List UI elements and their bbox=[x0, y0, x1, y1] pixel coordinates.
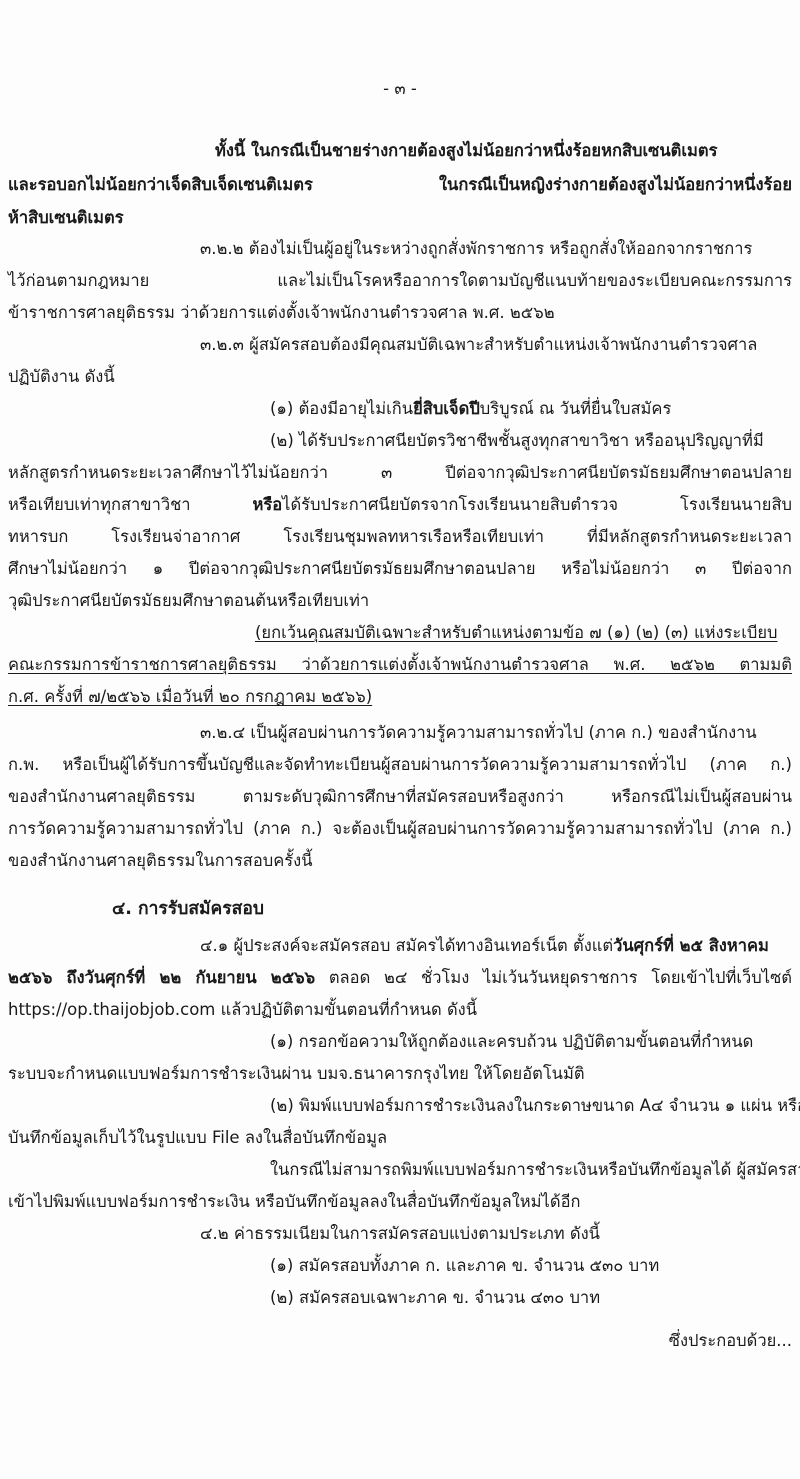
clause-3-2-2-line-2: ไว้ก่อนตามกฎหมาย และไม่เป็นโรคหรืออาการใ… bbox=[8, 270, 792, 292]
clause-4-1-note-line-1: ในกรณีไม่สามารถพิมพ์แบบฟอร์มการชำระเงินห… bbox=[270, 1159, 792, 1181]
fee-item-1: (๑) สมัครสอบทั้งภาค ก. และภาค ข. จำนวน ๕… bbox=[270, 1255, 792, 1277]
clause-3-2-3-line-2: ปฏิบัติงาน ดังนี้ bbox=[8, 366, 792, 388]
clause-3-2-4-line-2: ก.พ. หรือเป็นผู้ได้รับการขึ้นบัญชีและจัด… bbox=[8, 754, 792, 776]
clause-3-2-3-item-2-line-5: ศึกษาไม่น้อยกว่า ๑ ปีต่อจากวุฒิประกาศนีย… bbox=[8, 558, 792, 580]
clause-3-2-3-item-2-line-4: ทหารบก โรงเรียนจ่าอากาศ โรงเรียนชุมพลทหา… bbox=[8, 526, 792, 548]
application-start-date: วันศุกร์ที่ ๒๕ สิงหาคม bbox=[613, 936, 769, 955]
exemption-note-line-2: คณะกรรมการข้าราชการศาลยุติธรรม ว่าด้วยกา… bbox=[8, 654, 792, 676]
document-page: - ๓ - ทั้งนี้ ในกรณีเป็นชายร่างกายต้องสู… bbox=[0, 0, 800, 1479]
clause-4-1-line-2: ๒๕๖๖ ถึงวันศุกร์ที่ ๒๒ กันยายน ๒๕๖๖ ตลอด… bbox=[8, 967, 792, 989]
qualification-text-end: ได้รับประกาศนียบัตรจากโรงเรียนนายสิบตำรว… bbox=[282, 495, 792, 514]
application-hours-text: ตลอด ๒๔ ชั่วโมง ไม่เว้นวันหยุดราชการ โดย… bbox=[315, 968, 792, 987]
application-website-link[interactable]: https://op.thaijobjob.com bbox=[8, 1000, 215, 1019]
clause-3-2-4-line-5: ของสำนักงานศาลยุติธรรมในการสอบครั้งนี้ bbox=[8, 850, 792, 872]
clause-3-2-3-line-1: ๓.๒.๓ ผู้สมัครสอบต้องมีคุณสมบัติเฉพาะสำห… bbox=[200, 334, 792, 356]
height-requirement-line-1: ทั้งนี้ ในกรณีเป็นชายร่างกายต้องสูงไม่น้… bbox=[215, 140, 792, 162]
section-4-heading: ๔. การรับสมัครสอบ bbox=[112, 898, 792, 920]
clause-4-1-note-line-2: เข้าไปพิมพ์แบบฟอร์มการชำระเงิน หรือบันทึ… bbox=[8, 1191, 792, 1213]
exemption-note-line-3: ก.ศ. ครั้งที่ ๗/๒๕๖๖ เมื่อวันที่ ๒๐ กรกฎ… bbox=[8, 686, 792, 708]
clause-4-1-step-1-line-1: (๑) กรอกข้อความให้ถูกต้องและครบถ้วน ปฏิบ… bbox=[270, 1031, 792, 1053]
clause-3-2-4-line-4: การวัดความรู้ความสามารถทั่วไป (ภาค ก.) จ… bbox=[8, 818, 792, 840]
clause-4-1-line-1: ๔.๑ ผู้ประสงค์จะสมัครสอบ สมัครได้ทางอินเ… bbox=[200, 935, 792, 957]
continuation-note: ซึ่งประกอบด้วย... bbox=[8, 1330, 792, 1352]
clause-3-2-3-item-2-line-6: วุฒิประกาศนียบัตรมัธยมศึกษาตอนต้นหรือเที… bbox=[8, 590, 792, 612]
page-number: - ๓ - bbox=[8, 78, 792, 100]
clause-3-2-4-line-3: ของสำนักงานศาลยุติธรรม ตามระดับวุฒิการศึ… bbox=[8, 786, 792, 808]
clause-3-2-3-item-2-line-3: หรือเทียบเท่าทุกสาขาวิชา หรือได้รับประกา… bbox=[8, 494, 792, 516]
clause-4-2-heading: ๔.๒ ค่าธรรมเนียมในการสมัครสอบแบ่งตามประเ… bbox=[200, 1223, 792, 1245]
or-emphasis: หรือ bbox=[252, 495, 282, 514]
age-limit-emphasis: ยี่สิบเจ็ดปี bbox=[413, 399, 480, 418]
clause-3-2-3-item-2-line-2: หลักสูตรกำหนดระยะเวลาศึกษาไว้ไม่น้อยกว่า… bbox=[8, 462, 792, 484]
clause-3-2-3-item-2-line-1: (๒) ได้รับประกาศนียบัตรวิชาชีพชั้นสูงทุก… bbox=[270, 430, 792, 452]
clause-3-2-2-line-3: ข้าราชการศาลยุติธรรม ว่าด้วยการแต่งตั้งเ… bbox=[8, 302, 792, 324]
age-limit-text-end: บริบูรณ์ ณ วันที่ยื่นใบสมัคร bbox=[480, 399, 672, 418]
height-requirement-line-2: และรอบอกไม่น้อยกว่าเจ็ดสิบเจ็ดเซนติเมตร … bbox=[8, 174, 792, 196]
height-requirement-line-3: ห้าสิบเซนติเมตร bbox=[8, 207, 792, 229]
clause-3-2-2-line-1: ๓.๒.๒ ต้องไม่เป็นผู้อยู่ในระหว่างถูกสั่ง… bbox=[200, 238, 792, 260]
application-instructions-text: แล้วปฏิบัติตามขั้นตอนที่กำหนด ดังนี้ bbox=[215, 1000, 477, 1019]
application-intro-text: ๔.๑ ผู้ประสงค์จะสมัครสอบ สมัครได้ทางอินเ… bbox=[200, 936, 613, 955]
fee-item-2: (๒) สมัครสอบเฉพาะภาค ข. จำนวน ๔๓๐ บาท bbox=[270, 1287, 792, 1309]
age-limit-text: (๑) ต้องมีอายุไม่เกิน bbox=[270, 399, 413, 418]
clause-3-2-4-line-1: ๓.๒.๔ เป็นผู้สอบผ่านการวัดความรู้ความสาม… bbox=[200, 722, 792, 744]
clause-3-2-3-item-1: (๑) ต้องมีอายุไม่เกินยี่สิบเจ็ดปีบริบูรณ… bbox=[270, 398, 792, 420]
exemption-note-line-1: (ยกเว้นคุณสมบัติเฉพาะสำหรับตำแหน่งตามข้อ… bbox=[255, 622, 792, 644]
application-end-date: ๒๕๖๖ ถึงวันศุกร์ที่ ๒๒ กันยายน ๒๕๖๖ bbox=[8, 968, 315, 987]
clause-4-1-step-2-line-2: บันทึกข้อมูลเก็บไว้ในรูปแบบ File ลงในสื่… bbox=[8, 1127, 792, 1149]
clause-4-1-step-1-line-2: ระบบจะกำหนดแบบฟอร์มการชำระเงินผ่าน บมจ.ธ… bbox=[8, 1063, 792, 1085]
clause-4-1-line-3: https://op.thaijobjob.com แล้วปฏิบัติตาม… bbox=[8, 999, 792, 1021]
clause-4-1-step-2-line-1: (๒) พิมพ์แบบฟอร์มการชำระเงินลงในกระดาษขน… bbox=[270, 1095, 792, 1117]
qualification-text: หรือเทียบเท่าทุกสาขาวิชา bbox=[8, 495, 252, 514]
